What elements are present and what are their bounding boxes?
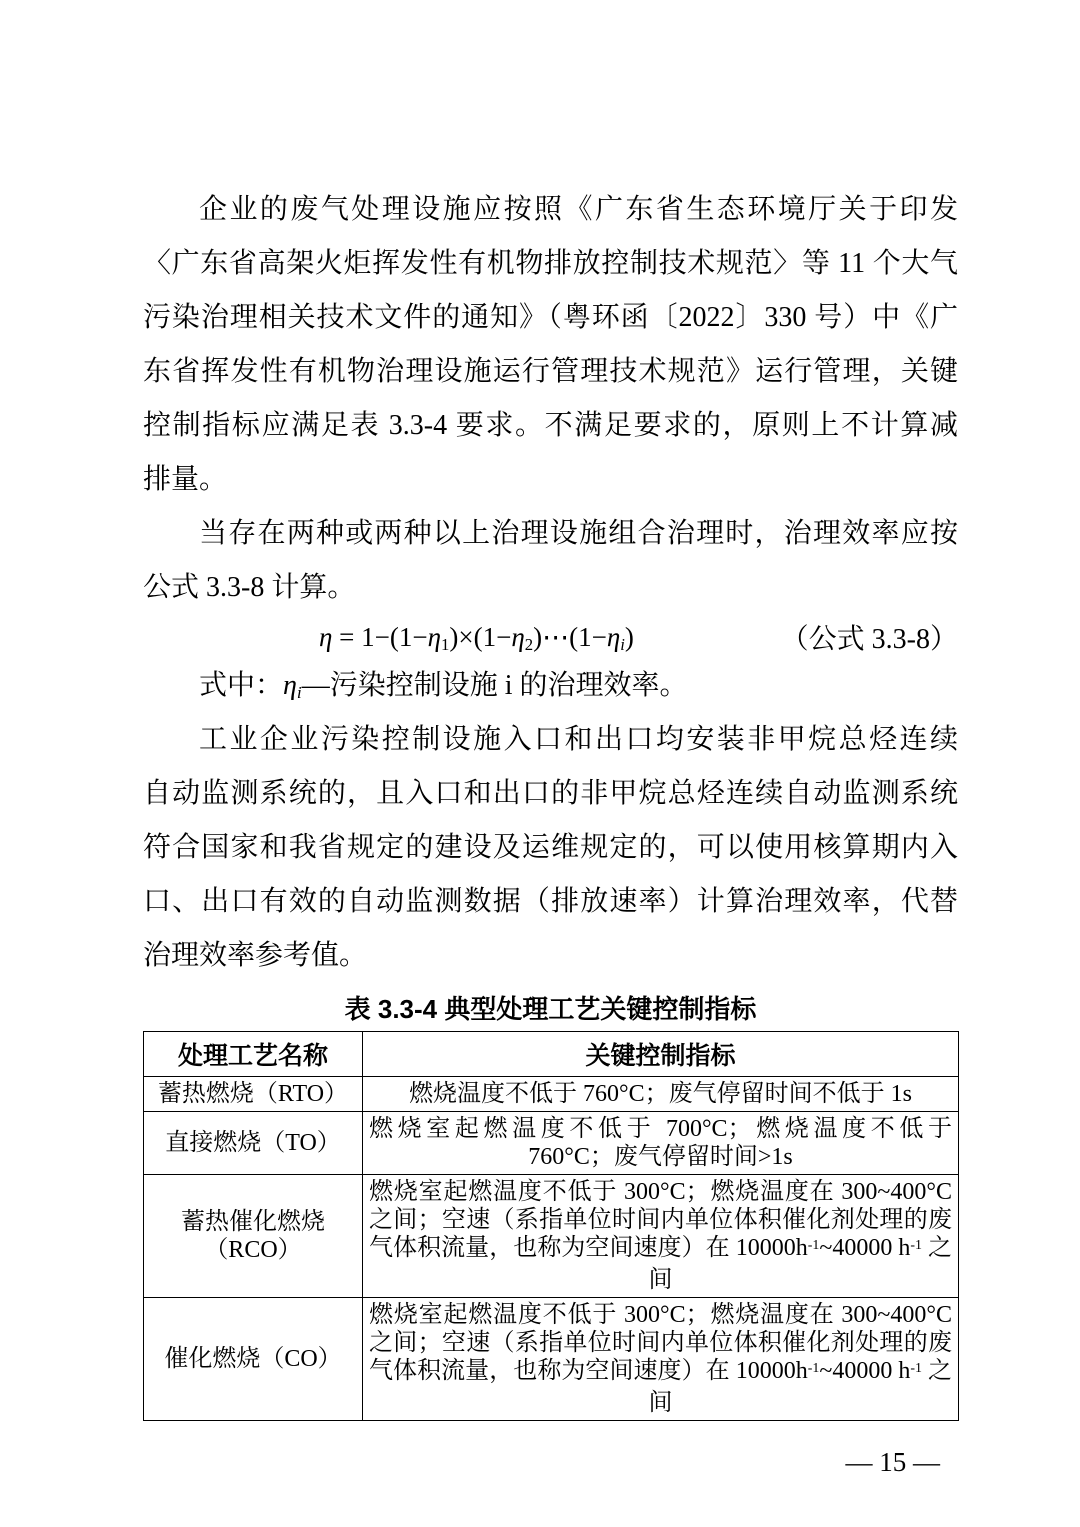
paragraph-line: 排量。 — [143, 453, 958, 507]
process-name-cell: 蓄热燃烧（RTO） — [144, 1077, 363, 1112]
indicator-cell: 燃烧室起燃温度不低于 300°C；燃烧温度在 300~400°C 之间；空速（系… — [363, 1298, 959, 1421]
where-subscript: i — [297, 683, 302, 702]
formula-eta: η — [511, 622, 524, 652]
superscript: -1 — [910, 1361, 922, 1376]
paragraph-line: 公式 3.3-8 计算。 — [143, 561, 958, 615]
column-header-key-indicator: 关键控制指标 — [363, 1032, 959, 1077]
indicator-cell: 燃烧温度不低于 760°C；废气停留时间不低于 1s — [363, 1077, 959, 1112]
where-prefix: 式中： — [199, 670, 283, 701]
control-indicator-table: 处理工艺名称 关键控制指标 蓄热燃烧（RTO） 燃烧温度不低于 760°C；废气… — [143, 1031, 959, 1421]
process-name-cell: 催化燃烧（CO） — [144, 1298, 363, 1421]
formula-eta: η — [428, 622, 441, 652]
formula-label: （公式 3.3-8） — [781, 617, 958, 657]
where-eta: η — [283, 670, 297, 701]
table-row: 蓄热燃烧（RTO） 燃烧温度不低于 760°C；废气停留时间不低于 1s — [144, 1077, 959, 1112]
formula-segment: ) — [625, 622, 634, 652]
paragraph-line: 企业的废气处理设施应按照《广东省生态环境厅关于印发 — [143, 183, 958, 237]
where-text: —污染控制设施 i 的治理效率。 — [302, 670, 688, 701]
paragraph-line: 当存在两种或两种以上治理设施组合治理时，治理效率应按 — [143, 507, 958, 561]
formula-where-line: 式中：ηi—污染控制设施 i 的治理效率。 — [143, 659, 958, 713]
table-row: 催化燃烧（CO） 燃烧室起燃温度不低于 300°C；燃烧温度在 300~400°… — [144, 1298, 959, 1421]
formula-segment: = 1−(1− — [332, 622, 427, 652]
table-row: 蓄热催化燃烧（RCO） 燃烧室起燃温度不低于 300°C；燃烧温度在 300~4… — [144, 1175, 959, 1298]
table-header-row: 处理工艺名称 关键控制指标 — [144, 1032, 959, 1077]
table-caption: 表 3.3-4 典型处理工艺关键控制指标 — [143, 987, 958, 1031]
process-name-cell: 直接燃烧（TO） — [144, 1112, 363, 1175]
formula-expression: η = 1−(1−η1)×(1−η2)⋯(1−ηi) — [319, 622, 634, 653]
indicator-text: ~40000 h — [819, 1235, 910, 1261]
formula-eta: η — [319, 622, 332, 652]
paragraph-line: 口、出口有效的自动监测数据（排放速率）计算治理效率，代替 — [143, 875, 958, 929]
formula-subscript: 1 — [441, 635, 449, 654]
page-number: — 15 — — [143, 1447, 958, 1478]
paragraph-line: 东省挥发性有机物治理设施运行管理技术规范》运行管理，关键 — [143, 345, 958, 399]
paragraph-line: 污染治理相关技术文件的通知》（粤环函〔2022〕330 号）中《广 — [143, 291, 958, 345]
paragraph-line: 〈广东省高架火炬挥发性有机物排放控制技术规范〉等 11 个大气 — [143, 237, 958, 291]
paragraph-line: 控制指标应满足表 3.3-4 要求。不满足要求的，原则上不计算减 — [143, 399, 958, 453]
paragraph-line: 治理效率参考值。 — [143, 929, 958, 983]
formula-segment: )⋯(1− — [533, 622, 607, 652]
indicator-text: ~40000 h — [819, 1358, 910, 1384]
table-row: 直接燃烧（TO） 燃烧室起燃温度不低于 700°C；燃烧温度不低于 760°C；… — [144, 1112, 959, 1175]
paragraph-line: 符合国家和我省规定的建设及运维规定的，可以使用核算期内入 — [143, 821, 958, 875]
paragraph-line: 自动监测系统的，且入口和出口的非甲烷总烃连续自动监测系统 — [143, 767, 958, 821]
superscript: -1 — [910, 1238, 922, 1253]
formula-segment: )×(1− — [449, 622, 511, 652]
superscript: -1 — [808, 1238, 820, 1253]
indicator-cell: 燃烧室起燃温度不低于 700°C；燃烧温度不低于 760°C；废气停留时间>1s — [363, 1112, 959, 1175]
document-page: 企业的废气处理设施应按照《广东省生态环境厅关于印发 〈广东省高架火炬挥发性有机物… — [0, 0, 1080, 1527]
paragraph-line: 工业企业污染控制设施入口和出口均安装非甲烷总烃连续 — [143, 713, 958, 767]
formula-subscript: i — [620, 635, 625, 654]
formula-3-3-8: η = 1−(1−η1)×(1−η2)⋯(1−ηi) （公式 3.3-8） — [143, 615, 958, 659]
formula-eta: η — [607, 622, 620, 652]
column-header-process-name: 处理工艺名称 — [144, 1032, 363, 1077]
formula-subscript: 2 — [525, 635, 533, 654]
indicator-cell: 燃烧室起燃温度不低于 300°C；燃烧温度在 300~400°C 之间；空速（系… — [363, 1175, 959, 1298]
superscript: -1 — [808, 1361, 820, 1376]
process-name-cell: 蓄热催化燃烧（RCO） — [144, 1175, 363, 1298]
